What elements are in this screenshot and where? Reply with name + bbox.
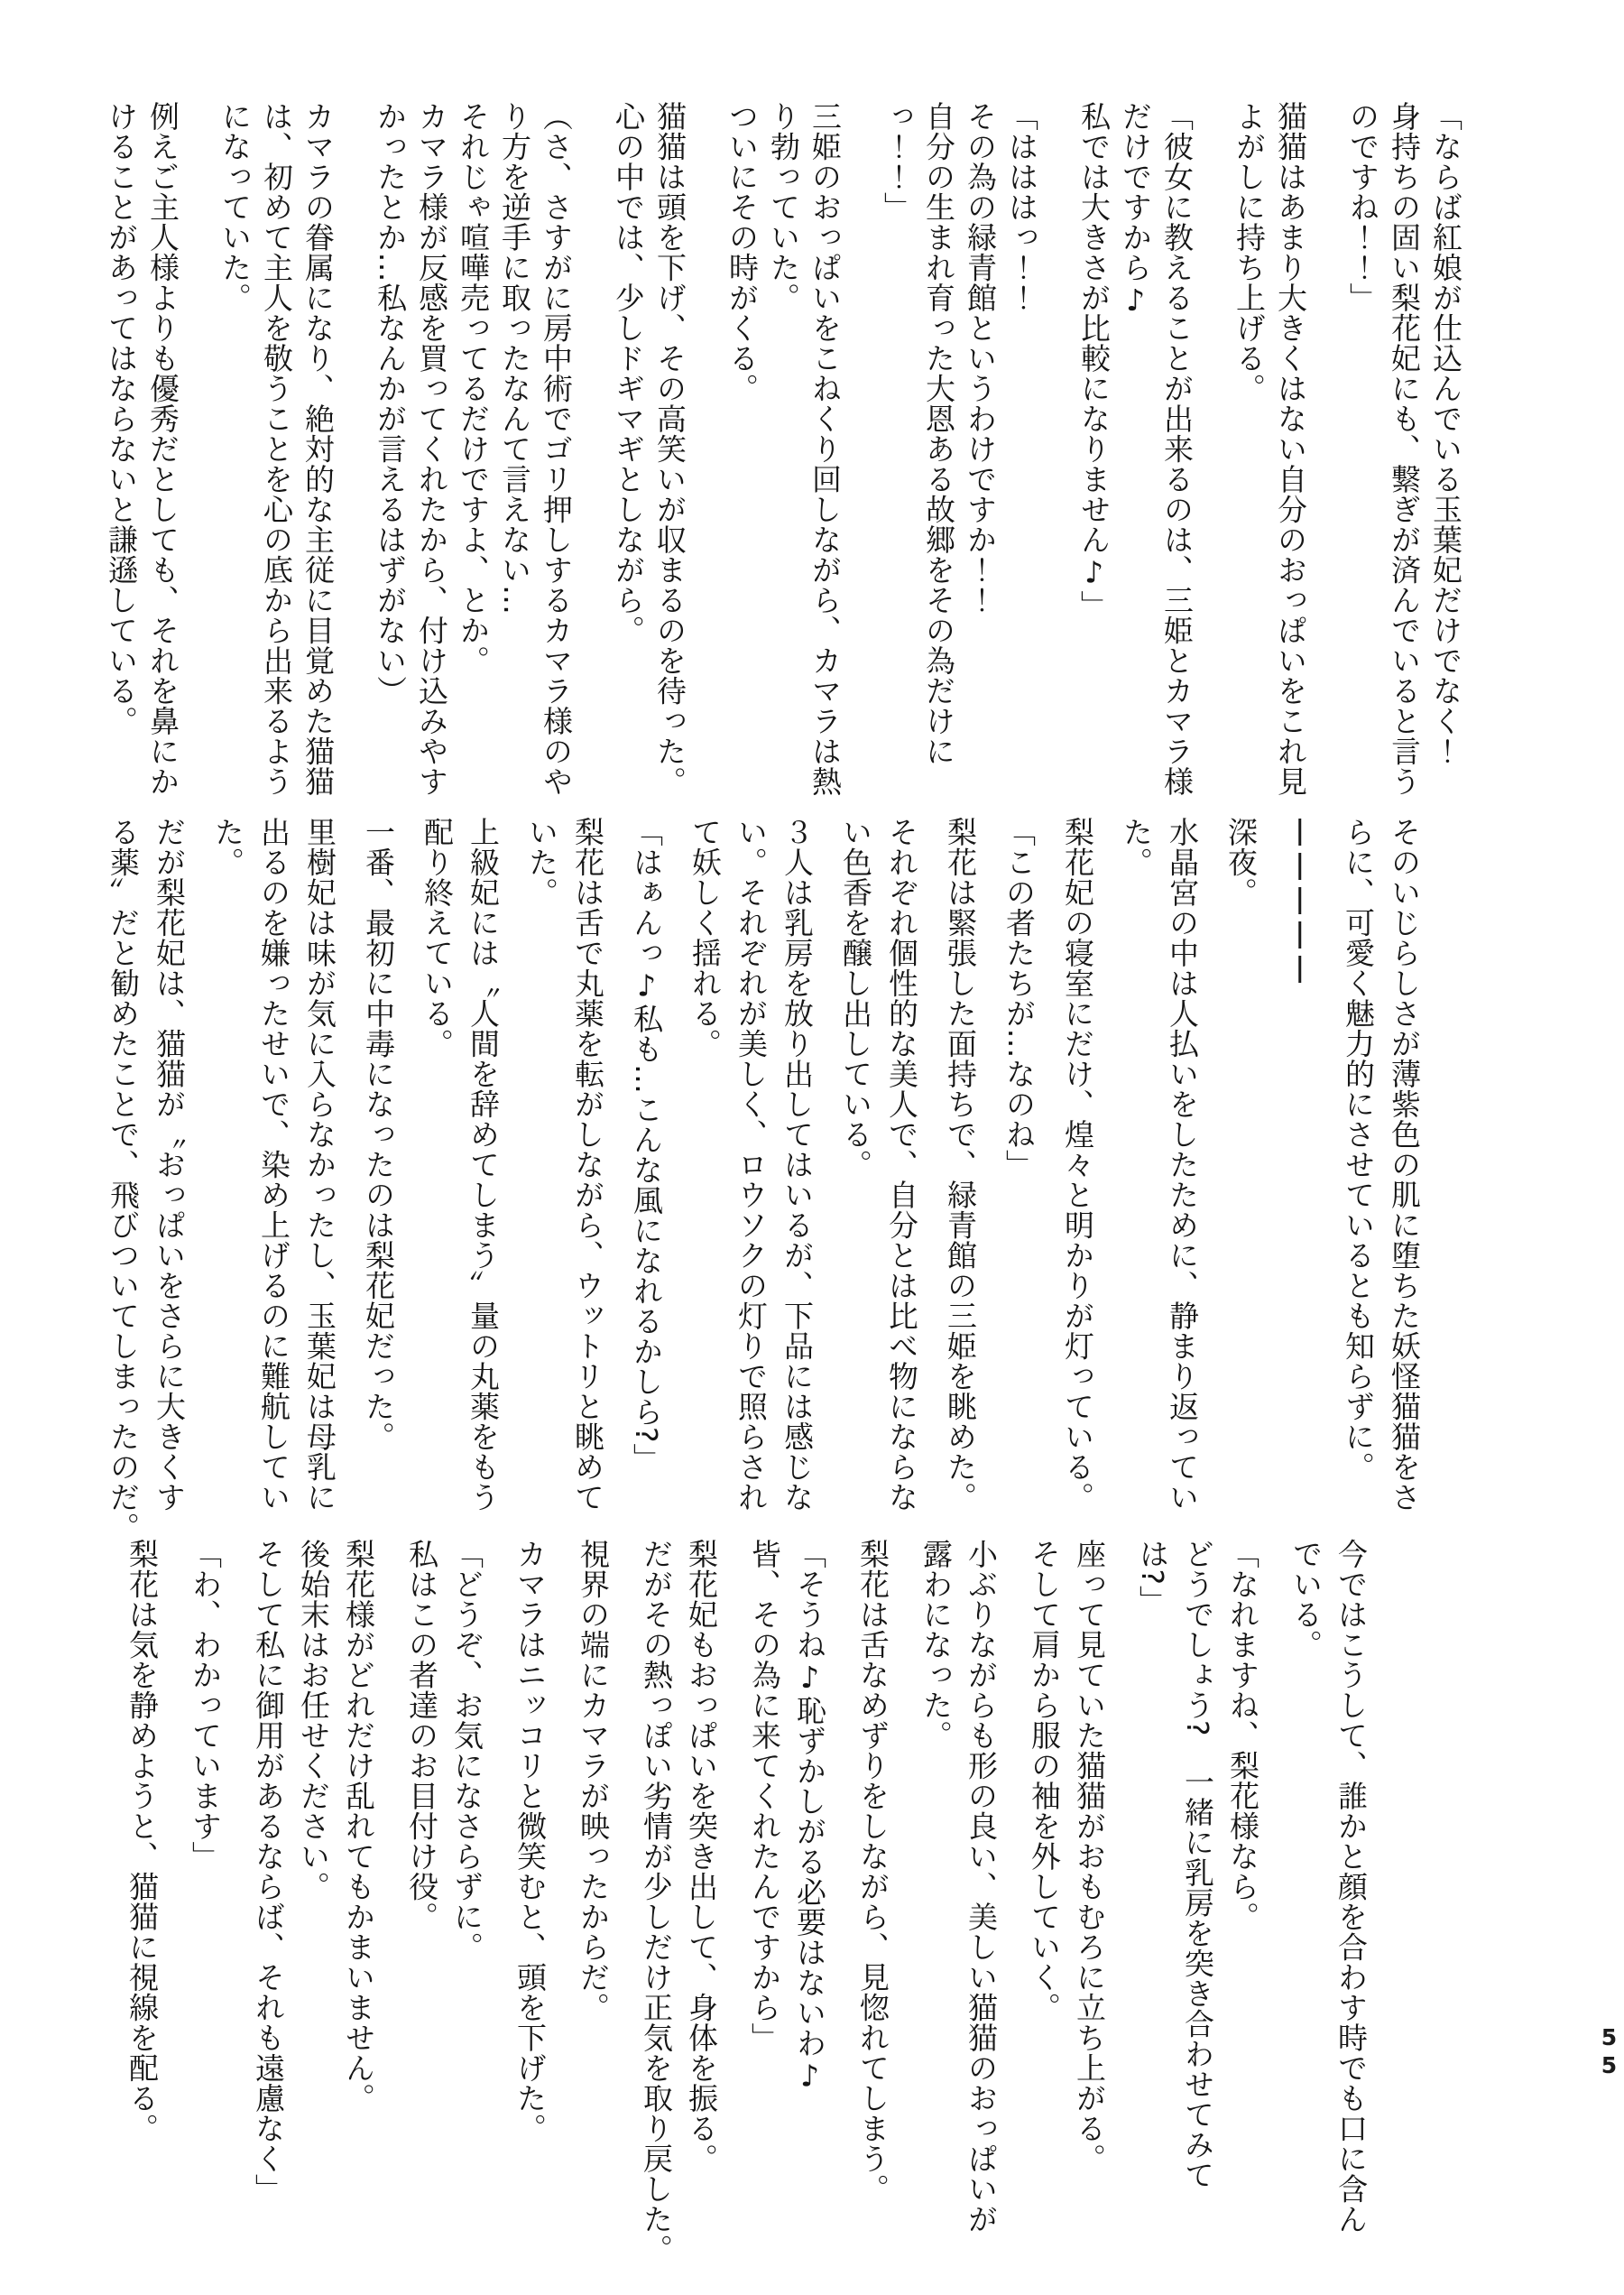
paragraph-group: 深夜。 (1218, 817, 1264, 1542)
text-column: だがその熱っぽい劣情が少しだけ正気を取り戻した。 (633, 1539, 678, 2264)
text-column: 水晶宮の中は人払いをしたために、静まり返ってい (1159, 817, 1205, 1542)
text-column: 座って見ていた猫猫がおもむろに立ち上がる。 (1066, 1539, 1112, 2264)
paragraph-group: それぞれ個性的な美人で、自分とは比べ物にならない色香を醸し出している。 (833, 817, 925, 1542)
text-column: 「そうね♪恥ずかしがる必要はないわ♪ (787, 1539, 832, 2264)
text-column: た。 (205, 817, 251, 1542)
paragraph-group: 「どうぞ、お気になさらずに。私はこの者達のお目付け役。 (399, 1539, 489, 2264)
text-column: っ！！」 (876, 101, 918, 797)
text-column: 「ならば紅娘が仕込んでいる玉葉妃だけでなく！ (1425, 101, 1466, 797)
paragraph-group: 一番、最初に中毒になったのは梨花妃だった。 (355, 817, 401, 1542)
text-column: 猫猫はあまり大きくはない自分のおっぱいをこれ見 (1269, 101, 1311, 797)
text-column: そして私に御用があるならば、それも遠慮なく」 (245, 1539, 291, 2264)
paragraph-group: 「なれますね、梨花様なら。どうでしょう? 一緒に乳房を突き合わせてみては?」 (1130, 1539, 1265, 2264)
text-column: 後始末はお任せください。 (291, 1539, 336, 2264)
text-column: た。 (1113, 817, 1159, 1542)
text-column: 三姫のおっぱいをこねくり回しながら、カマラは熱 (804, 101, 845, 797)
paragraph-group: 三姫のおっぱいをこねくり回しながら、カマラは熱り勃っていた。ついにその時がくる。 (721, 101, 845, 797)
text-column: けることがあってはならないと謙遜している。 (100, 101, 142, 797)
text-column: り勃っていた。 (762, 101, 804, 797)
paragraph-group: カマラはニッコリと微笑むと、頭を下げた。 (507, 1539, 552, 2264)
text-column: 自分の生まれ育った大恩ある故郷をその為だけに (918, 101, 959, 797)
text-column: （さ、さすがに房中術でゴリ押しするカマラ様のや (535, 101, 577, 797)
text-column: 身持ちの固い梨花妃にも、繋ぎが済んでいると言う (1383, 101, 1425, 797)
text-column: 梨花妃の寝室にだけ、煌々と明かりが灯っている。 (1055, 817, 1101, 1542)
text-column: は、初めて主人を敬うことを心の底から出来るよう (255, 101, 297, 797)
paragraph-group: 猫猫は頭を下げ、その高笑いが収まるのを待った。心の中では、少しドギマギとしながら… (607, 101, 690, 797)
text-column: 例えご主人様よりも優秀だとしても、それを鼻にか (142, 101, 183, 797)
paragraph-group: 「そうね♪恥ずかしがる必要はないわ♪皆、その為に来てくれたんですから」 (742, 1539, 832, 2264)
page-number: 55 (1596, 2024, 1622, 2080)
paragraph-group: カマラの眷属になり、絶対的な主従に目覚めた猫猫は、初めて主人を敬うことを心の底か… (214, 101, 338, 797)
paragraph-group: 視界の端にカマラが映ったからだ。 (570, 1539, 615, 2264)
text-column: それぞれ個性的な美人で、自分とは比べ物にならな (879, 817, 925, 1542)
text-column: 一番、最初に中毒になったのは梨花妃だった。 (355, 817, 401, 1542)
text-column: 露わになった。 (913, 1539, 958, 2264)
text-band-bottom: 今ではこうして、誰かと顔を合わす時でも口に含んでいる。「なれますね、梨花様なら。… (119, 1539, 1373, 2264)
text-column: いた。 (519, 817, 565, 1542)
paragraph-group: （さ、さすがに房中術でゴリ押しするカマラ様のやり方を逆手に取ったなんて言えない…… (369, 101, 577, 797)
text-column: 「はははっ！！ (1001, 101, 1042, 797)
paragraph-group: 座って見ていた猫猫がおもむろに立ち上がる。そして肩から服の袖を外していく。 (1021, 1539, 1112, 2264)
paragraph-group: 例えご主人様よりも優秀だとしても、それを鼻にかけることがあってはならないと謙遜し… (100, 101, 183, 797)
text-column: かったとか…私なんかが言えるはずがない） (369, 101, 411, 797)
text-column: 梨花は緊張した面持ちで、緑青館の三姫を眺めた。 (937, 817, 983, 1542)
text-column: る薬〟だと勧めたことで、飛びついてしまったのだ。 (100, 817, 146, 1542)
text-column: 視界の端にカマラが映ったからだ。 (570, 1539, 615, 2264)
text-column: だが梨花妃は、猫猫が〝おっぱいをさらに大きくす (146, 817, 192, 1542)
text-column: て妖しく揺れる。 (682, 817, 728, 1542)
paragraph-group: 小ぶりながらも形の良い、美しい猫猫のおっぱいが露わになった。 (913, 1539, 1003, 2264)
text-column: ３人は乳房を放り出してはいるが、下品には感じな (774, 817, 820, 1542)
paragraph-group: 梨花は緊張した面持ちで、緑青館の三姫を眺めた。 (937, 817, 983, 1542)
text-column: 「はぁんっ♪私も…こんな風になれるかしら?」 (623, 817, 669, 1542)
text-column: になっていた。 (214, 101, 255, 797)
paragraph-group: 今ではこうして、誰かと顔を合わす時でも口に含んでいる。 (1283, 1539, 1373, 2264)
text-column: 皆、その為に来てくれたんですから」 (742, 1539, 787, 2264)
text-column: カマラ様が反感を買ってくれたから、付け込みやす (411, 101, 452, 797)
text-column: 上級妃には〝人間を辞めてしまう〟量の丸薬をもう (460, 817, 506, 1542)
paragraph-group: 「彼女に教えることが出来るのは、三姫とカマラ様だけですから♪私では大きさが比較に… (1073, 101, 1197, 797)
paragraph-group: 梨花は舌で丸薬を転がしながら、ウットリと眺めていた。 (519, 817, 611, 1542)
paragraph-group: 上級妃には〝人間を辞めてしまう〟量の丸薬をもう配り終えている。 (414, 817, 506, 1542)
text-band-middle: そのいじらしさが薄紫色の肌に堕ちた妖怪猫猫をさらに、可愛く魅力的にさせているとも… (100, 817, 1427, 1542)
text-column: は?」 (1130, 1539, 1175, 2264)
text-column: 里樹妃は味が気に入らなかったし、玉葉妃は母乳に (297, 817, 343, 1542)
text-column: 配り終えている。 (414, 817, 460, 1542)
scene-break-dashed-rule: ―――――― (1277, 817, 1323, 1542)
paragraph-group: だが梨花妃は、猫猫が〝おっぱいをさらに大きくする薬〟だと勧めたことで、飛びついて… (100, 817, 192, 1542)
text-column: 深夜。 (1218, 817, 1264, 1542)
text-column: カマラの眷属になり、絶対的な主従に目覚めた猫猫 (297, 101, 338, 797)
text-column: 今ではこうして、誰かと顔を合わす時でも口に含ん (1328, 1539, 1373, 2264)
paragraph-group: 「わ、わかっています」 (182, 1539, 227, 2264)
text-column: い。それぞれが美しく、ロウソクの灯りで照らされ (728, 817, 774, 1542)
text-band-top: 「ならば紅娘が仕込んでいる玉葉妃だけでなく！身持ちの固い梨花妃にも、繋ぎが済んで… (100, 101, 1466, 797)
text-column: 小ぶりながらも形の良い、美しい猫猫のおっぱいが (958, 1539, 1003, 2264)
paragraph-group: 「ならば紅娘が仕込んでいる玉葉妃だけでなく！身持ちの固い梨花妃にも、繋ぎが済んで… (1342, 101, 1466, 797)
text-column: 「なれますね、梨花様なら。 (1220, 1539, 1265, 2264)
novel-scan-page: 「ならば紅娘が仕込んでいる玉葉妃だけでなく！身持ちの固い梨花妃にも、繋ぎが済んで… (0, 0, 1624, 2295)
paragraph-group: 「はぁんっ♪私も…こんな風になれるかしら?」 (623, 817, 669, 1542)
text-column: そして肩から服の袖を外していく。 (1021, 1539, 1066, 2264)
text-column: 心の中では、少しドギマギとしながら。 (607, 101, 649, 797)
paragraph-group: 梨花妃もおっぱいを突き出して、身体を振る。だがその熱っぽい劣情が少しだけ正気を取… (633, 1539, 724, 2264)
text-column: ついにその時がくる。 (721, 101, 762, 797)
text-column: 梨花妃もおっぱいを突き出して、身体を振る。 (678, 1539, 724, 2264)
text-column: 出るのを嫌ったせいで、染め上げるのに難航してい (251, 817, 297, 1542)
text-column: だけですから♪ (1114, 101, 1156, 797)
text-column: 「どうぞ、お気になさらずに。 (444, 1539, 489, 2264)
paragraph-group: 「この者たちが…なのね」 (996, 817, 1042, 1542)
paragraph-group: そのいじらしさが薄紫色の肌に堕ちた妖怪猫猫をさらに、可愛く魅力的にさせているとも… (1335, 817, 1427, 1542)
text-column: よがしに持ち上げる。 (1228, 101, 1269, 797)
text-column: 猫猫は頭を下げ、その高笑いが収まるのを待った。 (649, 101, 690, 797)
paragraph-group: 梨花は舌なめずりをしながら、見惚れてしまう。 (850, 1539, 895, 2264)
paragraph-group: ３人は乳房を放り出してはいるが、下品には感じない。それぞれが美しく、ロウソクの灯… (682, 817, 820, 1542)
text-column: 「わ、わかっています」 (182, 1539, 227, 2264)
text-column: どうでしょう? 一緒に乳房を突き合わせてみて (1175, 1539, 1220, 2264)
text-column: らに、可愛く魅力的にさせているとも知らずに。 (1335, 817, 1381, 1542)
text-column: い色香を醸し出している。 (833, 817, 879, 1542)
paragraph-group: 「はははっ！！その為の緑青館というわけですか！！自分の生まれ育った大恩ある故郷を… (876, 101, 1042, 797)
text-column: その為の緑青館というわけですか！！ (959, 101, 1001, 797)
text-column: り方を逆手に取ったなんて言えない… (494, 101, 535, 797)
paragraph-group: 里樹妃は味が気に入らなかったし、玉葉妃は母乳に出るのを嫌ったせいで、染め上げるの… (205, 817, 343, 1542)
text-column: 梨花は舌で丸薬を転がしながら、ウットリと眺めて (565, 817, 611, 1542)
paragraph-group: ―――――― (1277, 817, 1323, 1542)
text-column: でいる。 (1283, 1539, 1328, 2264)
text-column: カマラはニッコリと微笑むと、頭を下げた。 (507, 1539, 552, 2264)
text-column: 梨花は気を静めようと、猫猫に視線を配る。 (119, 1539, 164, 2264)
text-column: そのいじらしさが薄紫色の肌に堕ちた妖怪猫猫をさ (1381, 817, 1427, 1542)
paragraph-group: 水晶宮の中は人払いをしたために、静まり返っていた。 (1113, 817, 1205, 1542)
paragraph-group: 梨花様がどれだけ乱れてもかまいません。後始末はお任せください。そして私に御用があ… (245, 1539, 381, 2264)
paragraph-group: 猫猫はあまり大きくはない自分のおっぱいをこれ見よがしに持ち上げる。 (1228, 101, 1311, 797)
text-column: 「この者たちが…なのね」 (996, 817, 1042, 1542)
text-column: 梨花は舌なめずりをしながら、見惚れてしまう。 (850, 1539, 895, 2264)
text-column: 「彼女に教えることが出来るのは、三姫とカマラ様 (1156, 101, 1197, 797)
paragraph-group: 梨花は気を静めようと、猫猫に視線を配る。 (119, 1539, 164, 2264)
text-column: のですね！！」 (1342, 101, 1383, 797)
text-column: 私はこの者達のお目付け役。 (399, 1539, 444, 2264)
paragraph-group: 梨花妃の寝室にだけ、煌々と明かりが灯っている。 (1055, 817, 1101, 1542)
text-column: 私では大きさが比較になりません♪」 (1073, 101, 1114, 797)
text-column: それじゃ喧嘩売ってるだけですよ、とか。 (452, 101, 494, 797)
text-column: 梨花様がどれだけ乱れてもかまいません。 (336, 1539, 381, 2264)
